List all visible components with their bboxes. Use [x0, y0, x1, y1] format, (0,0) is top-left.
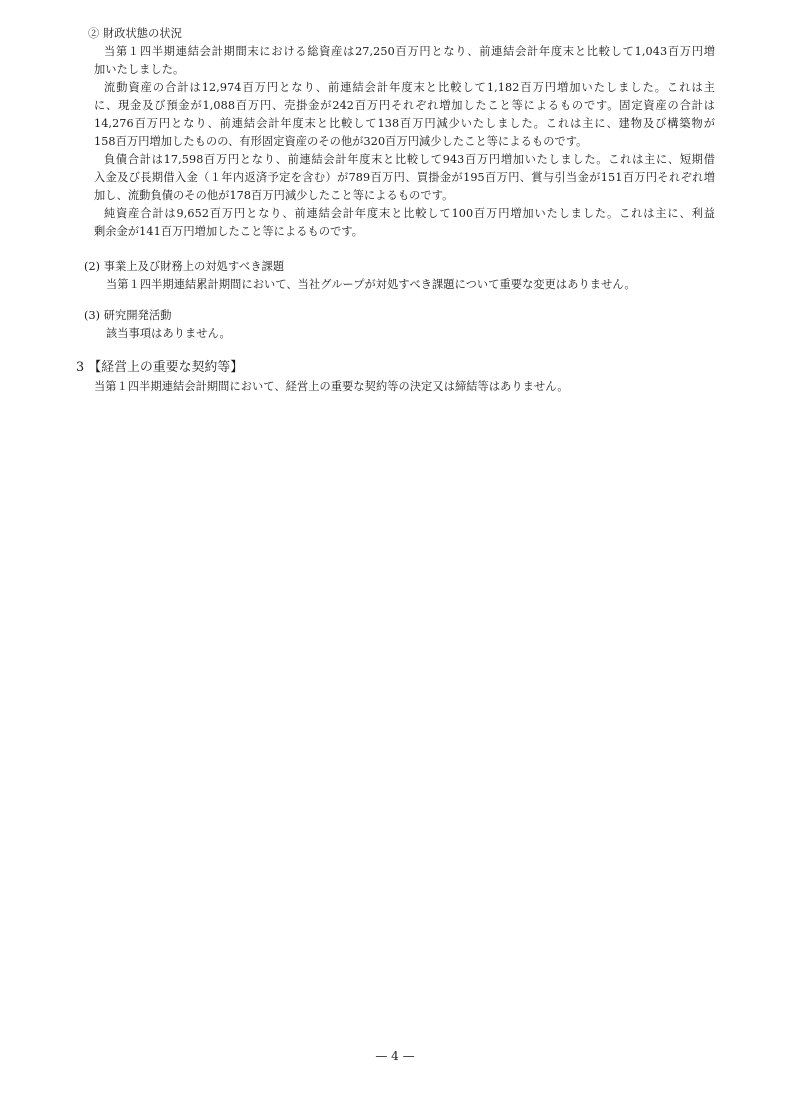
paragraph-line: に、現金及び預金が1,088百万円、売掛金が242百万円それぞれ増加したこと等に… [94, 99, 715, 113]
paragraph-line: 流動資産の合計は12,974百万円となり、前連結会計年度末と比較して1,182百… [104, 81, 715, 95]
paragraph-line: 負債合計は17,598百万円となり、前連結会計年度末と比較して943百万円増加い… [104, 153, 715, 167]
financial-position-heading: ② 財政状態の状況 [88, 27, 182, 41]
issues-heading: (2) 事業上及び財務上の対処すべき課題 [84, 260, 284, 274]
paragraph-line: 158百万円増加したものの、有形固定資産のその他が320百万円減少したこと等によ… [94, 135, 587, 149]
contracts-heading: 3 【経営上の重要な契約等】 [76, 361, 243, 375]
paragraph-line: 14,276百万円となり、前連結会計年度末と比較して138百万円減少いたしました… [94, 117, 715, 131]
rnd-heading: (3) 研究開発活動 [84, 309, 172, 323]
rnd-body: 該当事項はありません。 [106, 327, 231, 341]
paragraph-line: 当第１四半期連結会計期間末における総資産は27,250百万円となり、前連結会計年… [104, 45, 715, 59]
paragraph-line: 剰余金が141百万円増加したこと等によるものです。 [94, 225, 363, 239]
contracts-body: 当第１四半期連結会計期間において、経営上の重要な契約等の決定又は締結等はありませ… [94, 380, 569, 394]
page-number: — 4 — [0, 1049, 790, 1063]
paragraph-line: 入金及び長期借入金（１年内返済予定を含む）が789百万円、買掛金が195百万円、… [94, 171, 715, 185]
paragraph-line: 加し、流動負債のその他が178百万円減少したこと等によるものです。 [94, 189, 453, 203]
paragraph-line: 純資産合計は9,652百万円となり、前連結会計年度末と比較して100百万円増加い… [104, 207, 715, 221]
paragraph-line: 加いたしました。 [94, 63, 184, 77]
issues-body: 当第１四半期連結累計期間において、当社グループが対処すべき課題について重要な変更… [106, 278, 636, 292]
